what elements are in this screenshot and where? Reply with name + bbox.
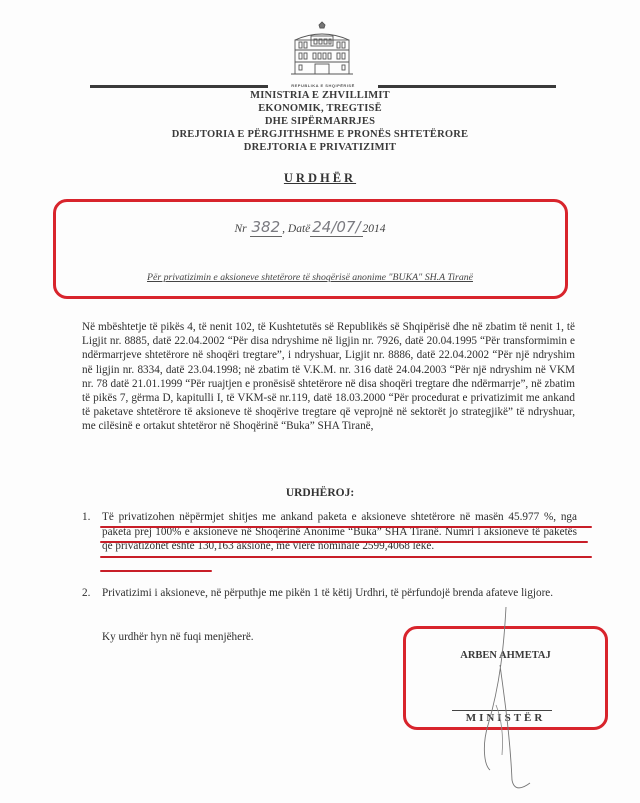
ministry-line: MINISTRIA E ZHVILLIMIT xyxy=(0,89,640,102)
ministry-line: DHE SIPËRMARRJES xyxy=(0,115,640,128)
item-text: Të privatizohen nëpërmjet shitjes me ank… xyxy=(102,510,577,554)
red-underline xyxy=(100,526,592,528)
item-number: 1. xyxy=(82,510,90,525)
government-building-emblem-icon xyxy=(287,20,357,82)
ministry-header: MINISTRIA E ZHVILLIMIT EKONOMIK, TREGTIS… xyxy=(0,89,640,154)
nr-value: 382 xyxy=(250,218,283,237)
republic-caption: REPUBLIKA E SHQIPËRISË xyxy=(270,83,376,88)
document-subject: Për privatizimin e aksioneve shtetërore … xyxy=(0,272,620,283)
order-heading: URDHËROJ: xyxy=(0,487,640,499)
handwritten-signature-icon xyxy=(470,605,550,795)
document-title: URDHËR xyxy=(0,171,640,186)
date-year: 2014 xyxy=(363,223,386,235)
header-rule-right xyxy=(378,85,556,88)
red-underline xyxy=(100,556,592,558)
closing-statement: Ky urdhër hyn në fuqi menjëherë. xyxy=(102,631,254,643)
reference-line: Nr 382, Datë24/07/2014 xyxy=(0,218,620,236)
document-page: REPUBLIKA E SHQIPËRISË MINISTRIA E ZHVIL… xyxy=(0,0,640,803)
item-number: 2. xyxy=(82,586,90,601)
red-underline xyxy=(100,541,588,543)
header-rule-left xyxy=(90,85,268,88)
preamble-paragraph: Në mbështetje të pikës 4, të nenit 102, … xyxy=(82,320,575,434)
highlight-box-reference xyxy=(53,199,568,299)
red-underline xyxy=(100,570,212,572)
date-label: Datë xyxy=(288,223,310,235)
directorate-line: DREJTORIA E PËRGJITHSHME E PRONËS SHTETË… xyxy=(0,128,640,141)
nr-label: Nr xyxy=(234,223,246,235)
date-handwritten: 24/07/ xyxy=(310,218,362,237)
directorate-line: DREJTORIA E PRIVATIZIMIT xyxy=(0,141,640,154)
item-text: Privatizimi i aksioneve, në përputhje me… xyxy=(102,586,577,601)
ministry-line: EKONOMIK, TREGTISË xyxy=(0,102,640,115)
